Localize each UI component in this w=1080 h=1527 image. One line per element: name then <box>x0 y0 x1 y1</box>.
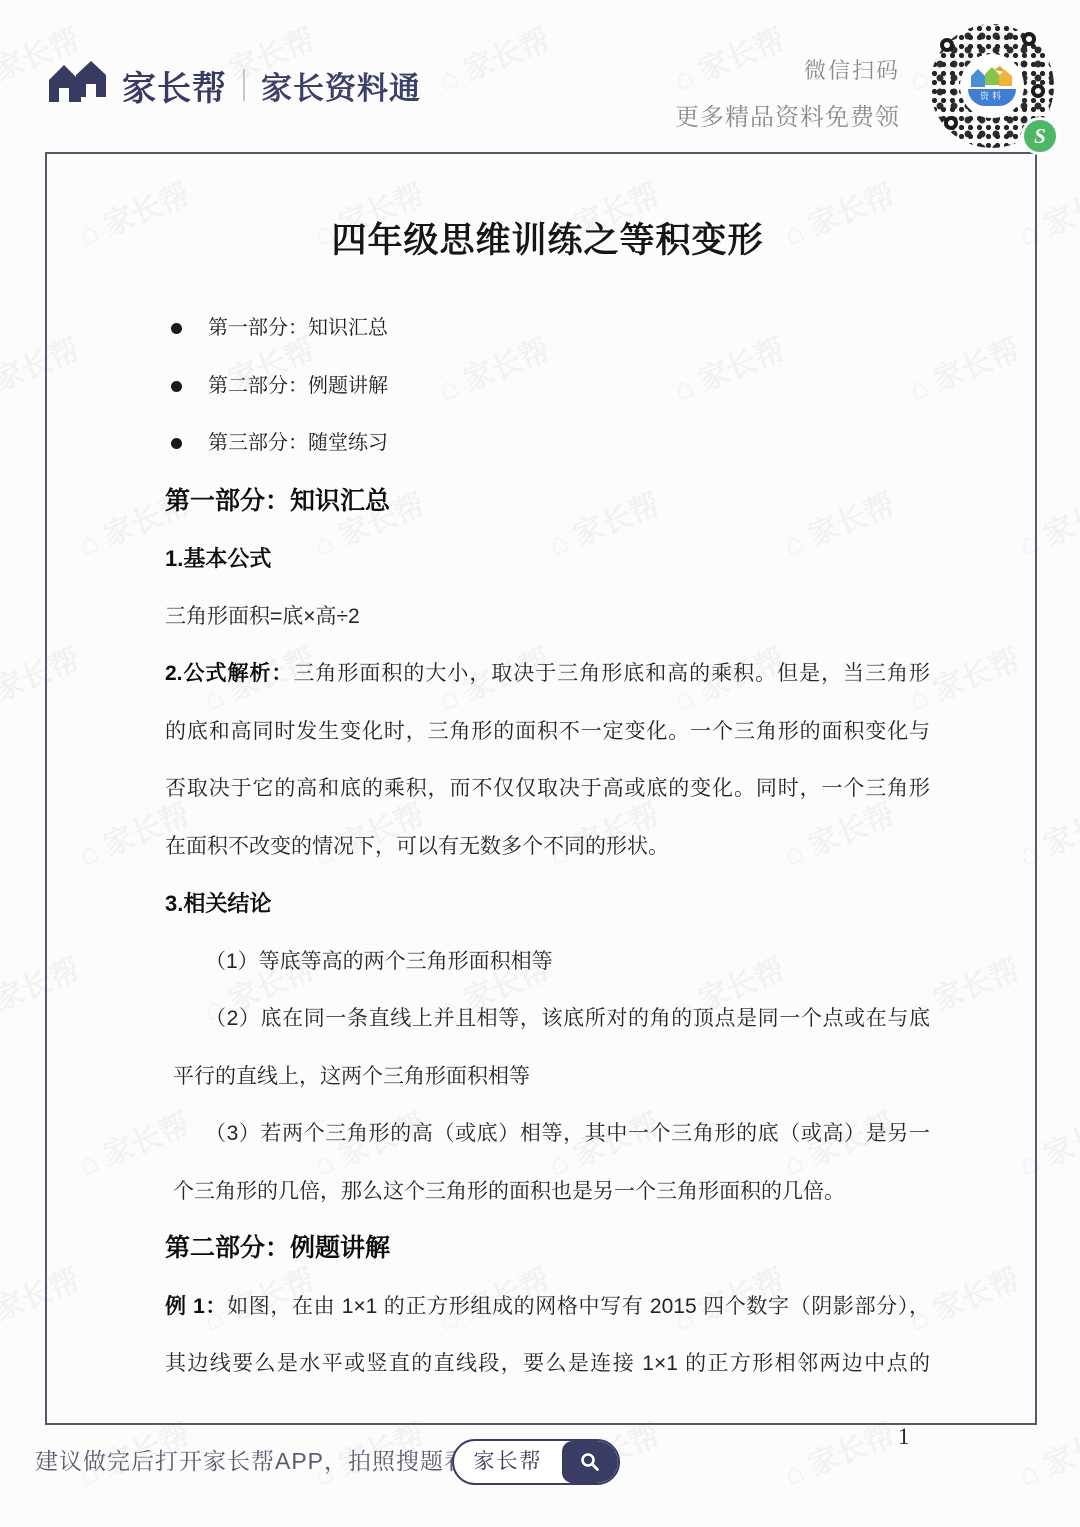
page-header: 家长帮 家长资料通 微信扫码 更多精品资料免费领 资料 S <box>0 0 1080 152</box>
promo-line-2: 更多精品资料免费领 <box>675 97 900 132</box>
analysis-text: 三角形面积的大小，取决于三角形底和高的乘积。但是，当三角形 <box>293 662 930 685</box>
conclusion-item-continuation: 平行的直线上，这两个三角形面积相等 <box>165 1048 930 1106</box>
wechat-promo: 微信扫码 更多精品资料免费领 <box>675 54 900 132</box>
toc-item-label: 第一部分：知识汇总 <box>208 300 388 358</box>
brand-logo: 家长帮 家长资料通 <box>46 58 421 112</box>
qr-center-logo: 资料 <box>960 54 1024 118</box>
page-title: 四年级思维训练之等积变形 <box>165 218 930 264</box>
toc-item-label: 第三部分：随堂练习 <box>208 415 388 473</box>
analysis-line: 在面积不改变的情况下，可以有无数多个不同的形状。 <box>165 818 930 876</box>
qr-finder-icon <box>944 116 958 130</box>
toc-item-label: 第二部分：例题讲解 <box>208 358 388 416</box>
qr-finder-icon <box>1031 84 1045 98</box>
conclusion-item: （2）底在同一条直线上并且相等，该底所对的角的顶点是同一个点或在与底 <box>165 990 930 1048</box>
qr-code: 资料 S <box>930 24 1054 148</box>
brand-subtitle: 家长资料通 <box>261 63 421 108</box>
analysis-line: 2.公式解析：三角形面积的大小，取决于三角形底和高的乘积。但是，当三角形 <box>165 645 930 703</box>
bullet-dot-icon <box>171 323 182 334</box>
analysis-line: 的底和高同时发生变化时，三角形的面积不一定变化。一个三角形的面积变化与 <box>165 703 930 761</box>
search-pill[interactable]: 家长帮 <box>452 1439 620 1485</box>
formula-heading: 1.基本公式 <box>165 530 930 588</box>
analysis-line: 否取决于它的高和底的乘积，而不仅仅取决于高或底的变化。同时，一个三角形 <box>165 760 930 818</box>
example-line: 例 1：如图，在由 1×1 的正方形组成的网格中写有 2015 四个数字（阴影部… <box>165 1278 930 1336</box>
brand-divider <box>243 69 245 101</box>
bullet-dot-icon <box>171 438 182 449</box>
example-lead: 例 1： <box>165 1295 227 1318</box>
search-pill-label: 家长帮 <box>454 1441 562 1483</box>
conclusion-item: （1）等底等高的两个三角形面积相等 <box>165 933 930 991</box>
document-body: 第一部分：知识汇总 第二部分：例题讲解 第三部分：随堂练习 第一部分：知识汇总 … <box>165 300 930 1393</box>
example-line: 其边线要么是水平或竖直的直线段，要么是连接 1×1 的正方形相邻两边中点的 <box>165 1335 930 1393</box>
page-footer: 建议做完后打开家长帮APP，拍照搜题看详解哦 家长帮 <box>0 1437 1080 1487</box>
brand-name: 家长帮 <box>122 61 227 110</box>
toc-item-1: 第一部分：知识汇总 <box>165 300 930 358</box>
search-icon <box>579 1451 601 1473</box>
formula-text: 三角形面积=底×高÷2 <box>165 588 930 646</box>
conclusion-item-continuation: 个三角形的几倍，那么这个三角形的面积也是另一个三角形面积的几倍。 <box>165 1163 930 1221</box>
section-1-heading: 第一部分：知识汇总 <box>165 473 930 531</box>
qr-bowl-label: 资料 <box>968 89 1016 106</box>
document-page: 四年级思维训练之等积变形 第一部分：知识汇总 第二部分：例题讲解 第三部分：随堂… <box>45 152 1037 1425</box>
toc-item-3: 第三部分：随堂练习 <box>165 415 930 473</box>
bullet-dot-icon <box>171 381 182 392</box>
conclusion-heading: 3.相关结论 <box>165 875 930 933</box>
qr-finder-icon <box>940 38 954 52</box>
promo-line-1: 微信扫码 <box>675 54 900 85</box>
analysis-lead: 2.公式解析： <box>165 662 293 685</box>
colorful-houses-icon <box>970 66 1014 88</box>
section-2-heading: 第二部分：例题讲解 <box>165 1220 930 1278</box>
toc-item-2: 第二部分：例题讲解 <box>165 358 930 416</box>
search-button[interactable] <box>562 1441 618 1483</box>
example-text: 如图，在由 1×1 的正方形组成的网格中写有 2015 四个数字（阴影部分）， <box>227 1295 930 1318</box>
conclusion-item: （3）若两个三角形的高（或底）相等，其中一个三角形的底（或高）是另一 <box>165 1105 930 1163</box>
wechat-icon: S <box>1021 117 1059 155</box>
qr-finder-icon <box>1022 32 1036 46</box>
houses-logo-icon <box>46 58 112 112</box>
